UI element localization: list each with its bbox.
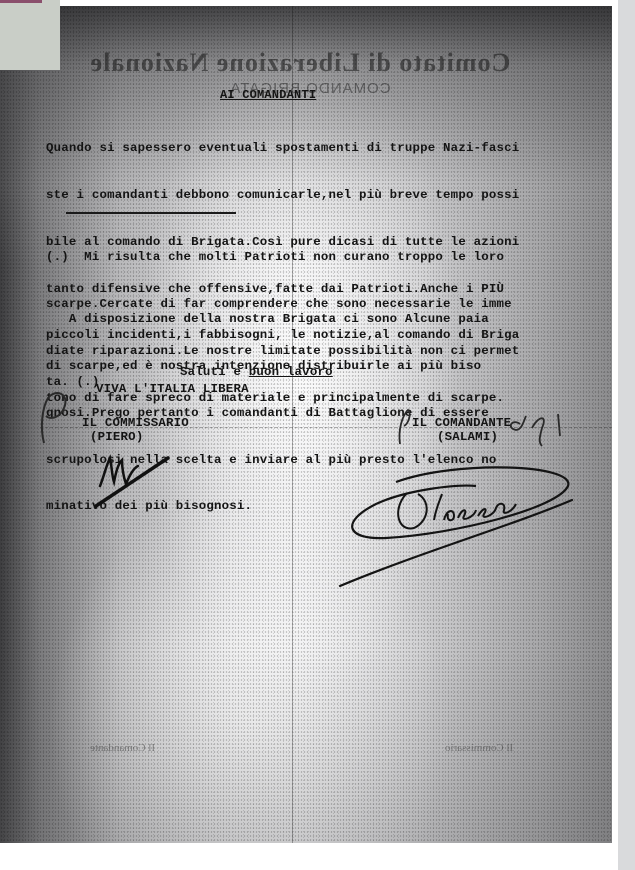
letter-heading: AI COMANDANTI [220,88,316,104]
comandante-signature [336,464,586,594]
scan-edge-strip [618,0,635,870]
salutation: Saluti e buon lavoro [180,365,333,381]
photocopied-letter: Comitato di Liberazione Nazionale COMAND… [0,6,612,843]
text-line: ste i comandanti debbono comunicarle,nel… [46,188,519,204]
bleed-through-footer-right: Il Commissario [445,742,513,754]
bleed-through-letterhead: Comitato di Liberazione Nazionale [30,48,570,78]
bleed-through-footer-left: Il Comandante [90,742,155,754]
salutation-prefix: Saluti e [180,365,249,379]
closing-slogan: VIVA L'ITALIA LIBERA [96,382,249,398]
scan-corner-band [0,0,42,3]
text-line: A disposizione della nostra Brigata ci s… [46,312,497,328]
salutation-underlined: buon lavoro [249,365,333,379]
comandante-initials [392,406,582,446]
text-line: (.) Mi risulta che molti Patrioti non cu… [46,250,519,266]
footnote-divider [66,212,236,214]
commissario-name: (PIERO) [90,430,143,446]
scan-corner-artifact [0,0,60,70]
handwritten-p-mark [34,388,74,448]
text-line: Quando si sapessero eventuali spostament… [46,141,519,157]
commissario-signature [90,446,180,516]
